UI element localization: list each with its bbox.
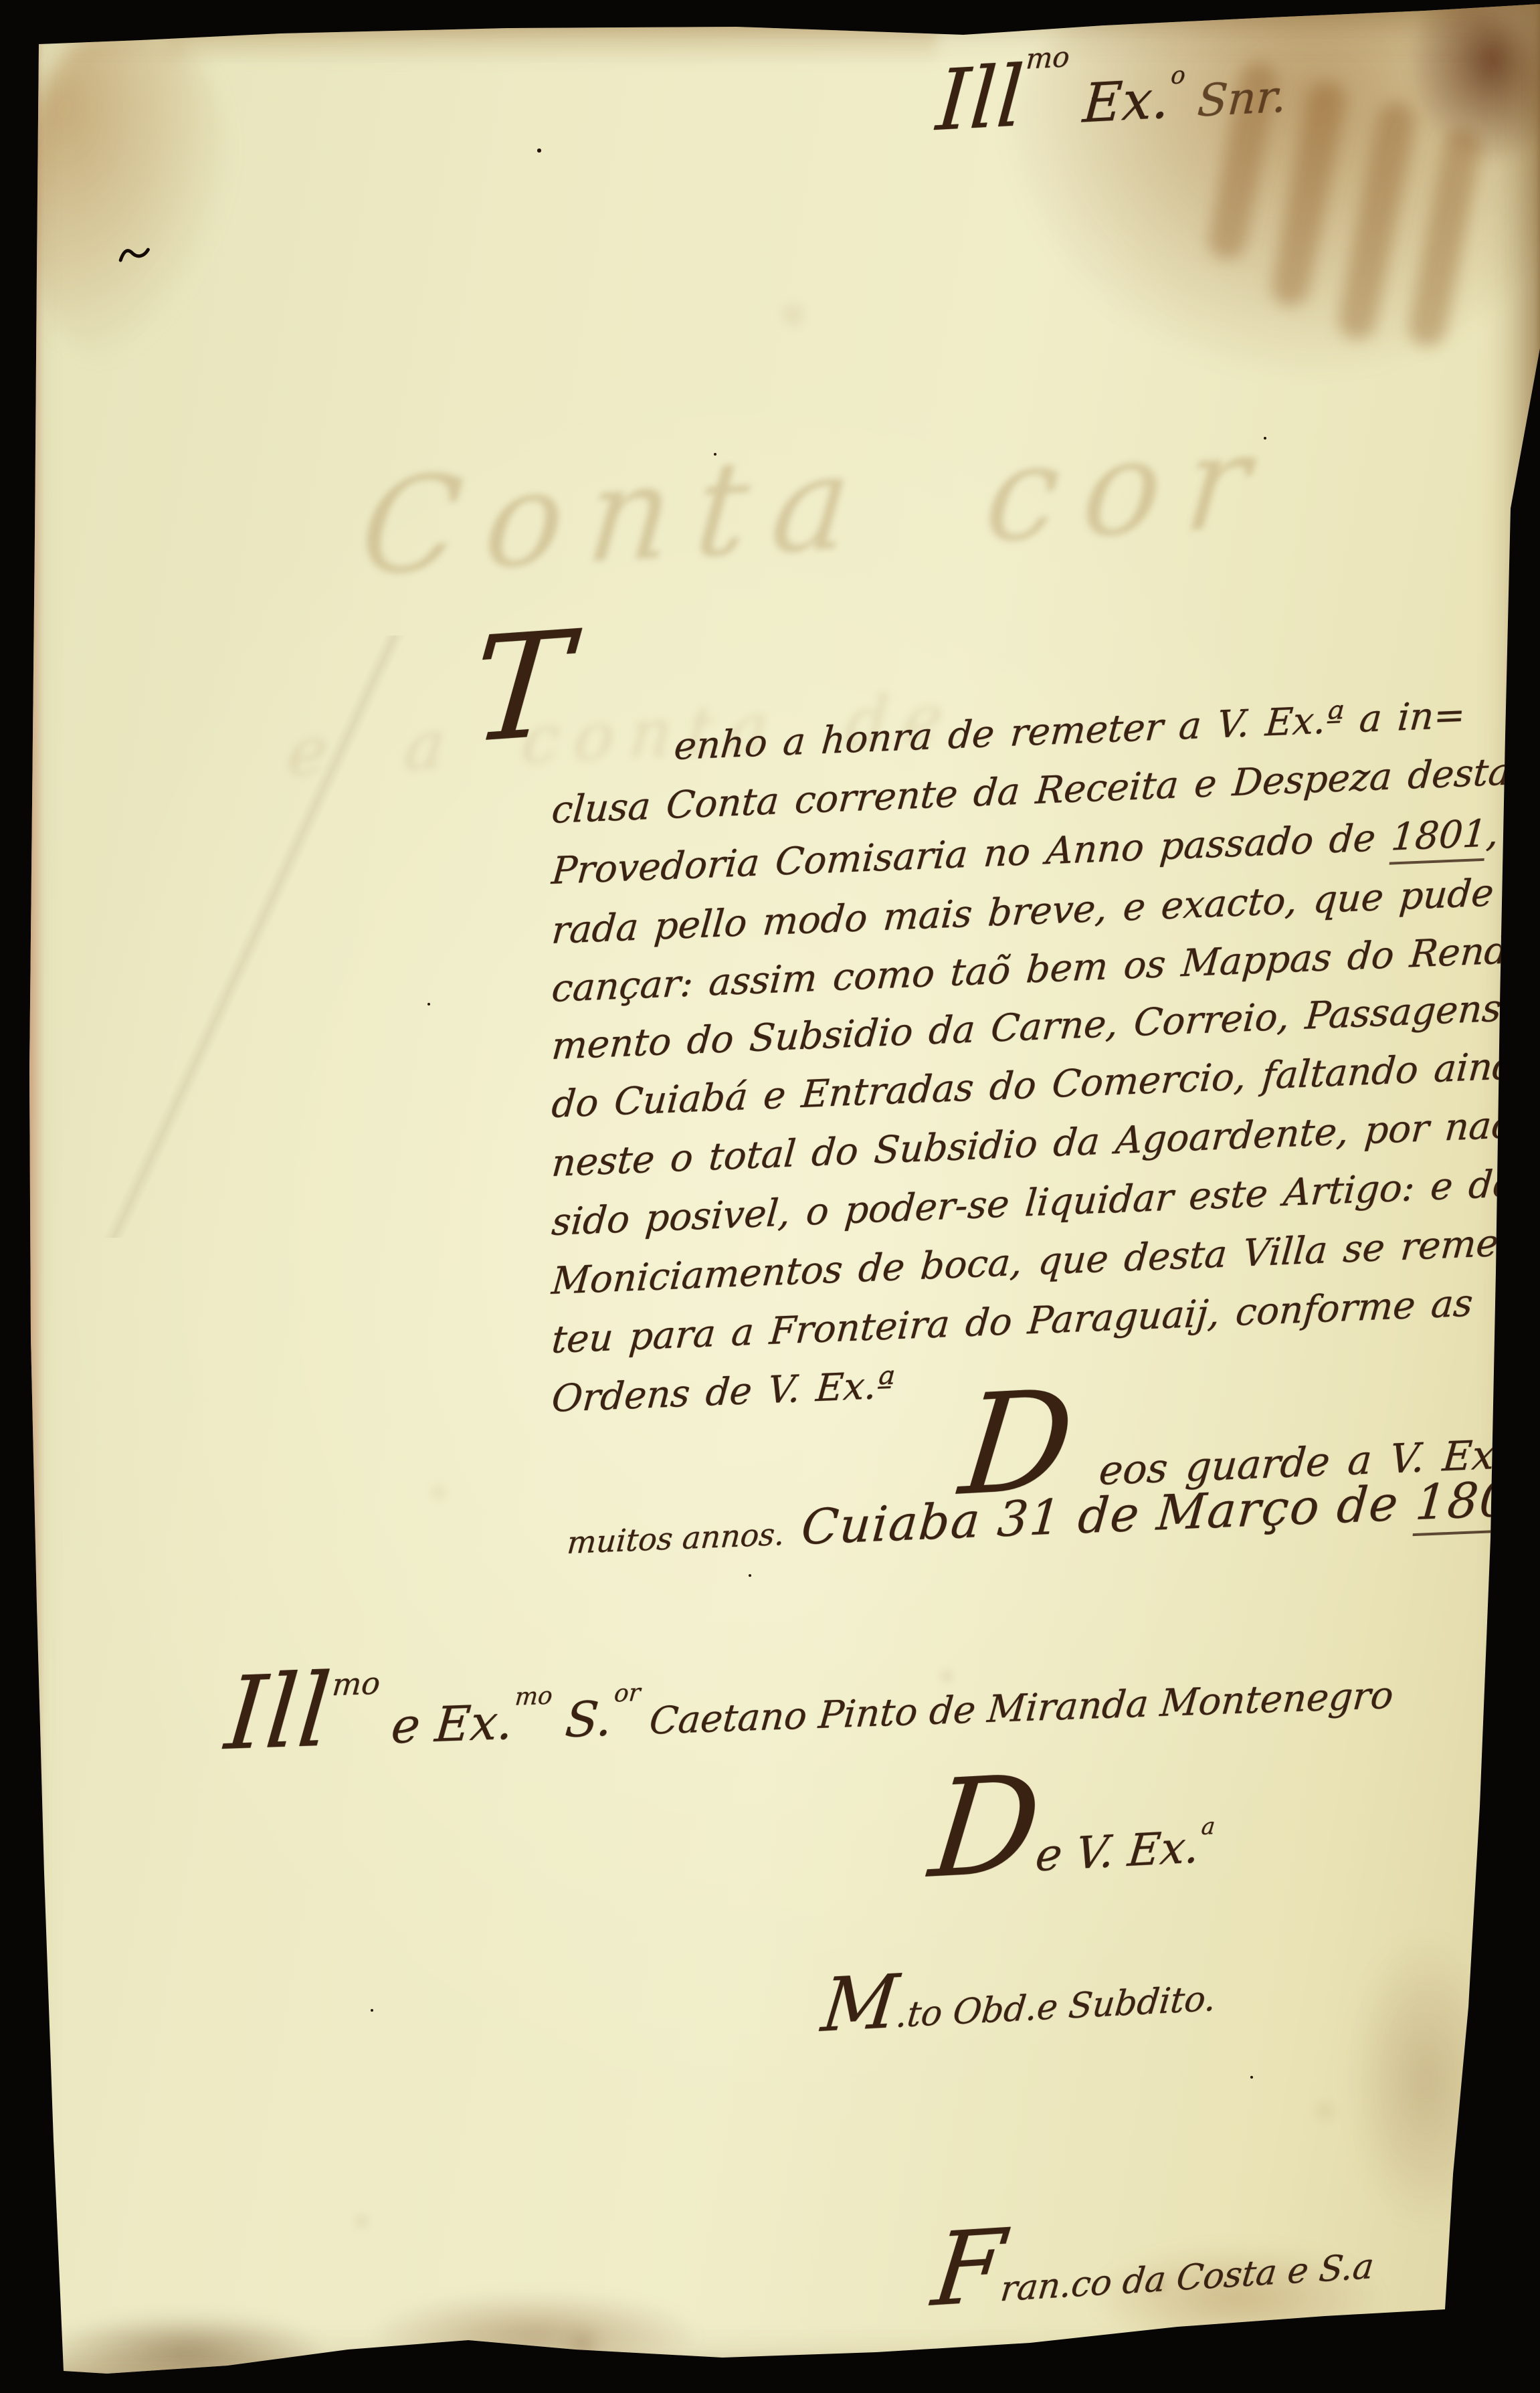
salutation-big: Ill [933, 47, 1026, 150]
address-big: Ill [221, 1652, 335, 1773]
address-mid2: S. [548, 1690, 615, 1749]
stain-corner-dark [1412, 0, 1540, 161]
address-name: Caetano Pinto de Miranda Montenegro [636, 1674, 1395, 1744]
stain-right-edge [1351, 1940, 1499, 2221]
signature-rest: ran.co da Costa e S.a [998, 2246, 1375, 2310]
ink-drip-3 [1335, 99, 1418, 343]
address-big-superscript: mo [330, 1664, 381, 1705]
underlined-year-1802: 1802 [1413, 1469, 1540, 1536]
photo-background: Conta cor e a conta de Illmo Ex.o Snr. T… [0, 0, 1540, 2393]
manuscript-sheet: Conta cor e a conta de Illmo Ex.o Snr. T… [0, 0, 1540, 2393]
subscription-initial: M [818, 1958, 902, 2048]
crease-line [40, 636, 468, 1238]
address-mid-superscript: mo [514, 1681, 554, 1712]
stain-bottom-mid [375, 2295, 696, 2375]
stain-top-edge [167, 11, 937, 64]
salutation-line: Illmo Ex.o Snr. [933, 28, 1291, 155]
closing-drop-cap-D: D [924, 1746, 1048, 1909]
closing-superscript: a [1200, 1812, 1217, 1842]
closing-rest: e V. Ex. [1033, 1821, 1201, 1881]
bleedthrough-text-1: Conta cor [355, 404, 1279, 605]
ink-drip-4 [1406, 126, 1484, 350]
date-small-text: muitos annos. [566, 1516, 786, 1561]
closing-line: De V. Ex.a [923, 1731, 1225, 1915]
body-line-3-end: , ti= [1484, 808, 1540, 855]
signature-line: Fran.co da Costa e S.a [927, 2181, 1383, 2335]
address-line: Illmo e Ex.mo S.or Caetano Pinto de Mira… [221, 1611, 1401, 1778]
salutation-end: Snr. [1181, 70, 1288, 127]
body-line-12: Ordens de V. Ex.ª [550, 1362, 896, 1423]
address-mid2-superscript: or [613, 1678, 642, 1709]
stain-bottom-left [54, 2315, 321, 2388]
date-place-text: Cuiaba 31 de Março de [783, 1474, 1418, 1556]
salutation-big-superscript: mo [1025, 39, 1071, 77]
stain-top-left [20, 20, 234, 368]
ink-squiggle-mark [116, 242, 153, 266]
subscription-line: M.to Obd.e Subdito. [817, 1939, 1222, 2052]
ink-specks [0, 0, 1, 1]
underlined-year-1801: 1801 [1389, 812, 1488, 865]
drop-cap-T: T [465, 594, 577, 782]
foxing-spots [0, 0, 1, 1]
subscription-rest: .to Obd.e Subdito. [894, 1979, 1218, 2036]
address-mid: e Ex. [374, 1694, 516, 1755]
salutation-mid: Ex. [1064, 68, 1171, 136]
signature-initial: F [927, 2208, 1010, 2329]
